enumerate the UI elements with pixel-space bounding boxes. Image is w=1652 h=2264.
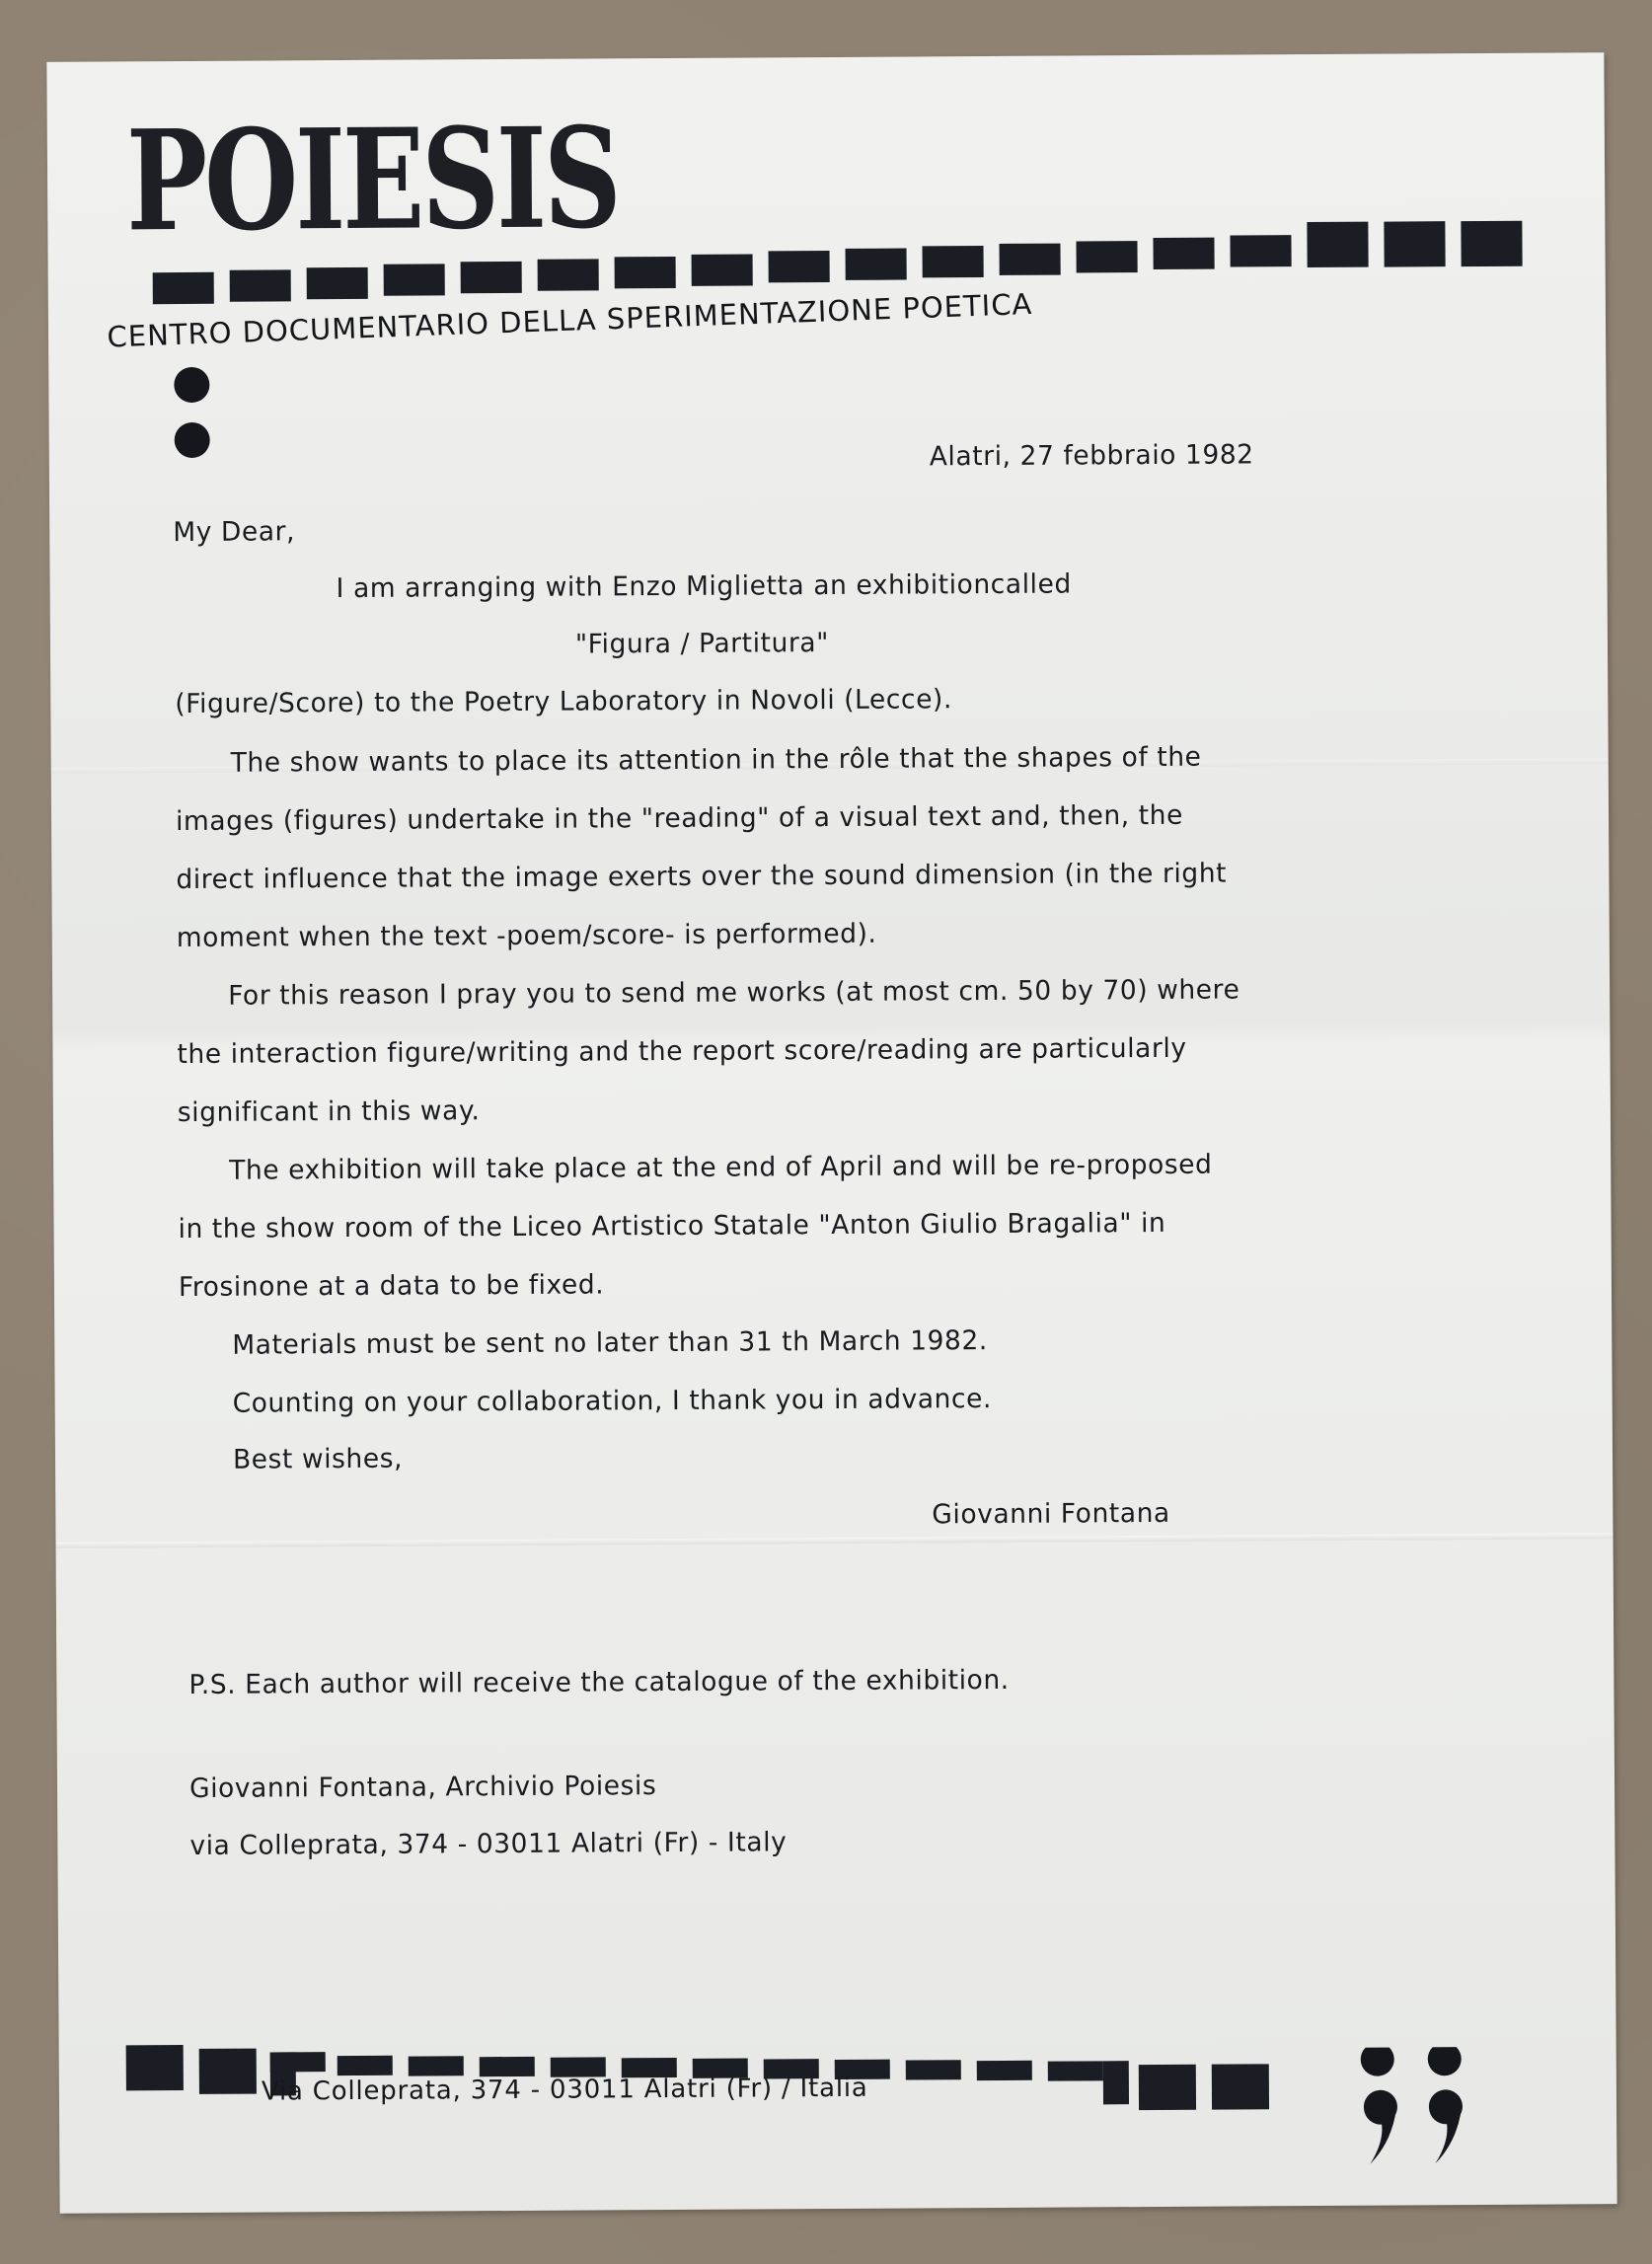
body-line: the interaction figure/writing and the r…	[177, 1033, 1186, 1070]
bar-block	[1384, 221, 1445, 266]
body-line: For this reason I pray you to send me wo…	[228, 974, 1239, 1011]
body-line: I am arranging with Enzo Miglietta an ex…	[337, 569, 1072, 605]
bar-block	[1307, 222, 1368, 267]
bar-block	[480, 2057, 535, 2076]
body-line: The exhibition will take place at the en…	[229, 1150, 1212, 1186]
postscript: P.S. Each author will receive the catalo…	[188, 1665, 1010, 1700]
bar-block	[846, 249, 907, 280]
bar-block	[307, 266, 368, 298]
bar-block	[977, 2061, 1032, 2080]
sender-name: Giovanni Fontana, Archivio Poiesis	[189, 1771, 656, 1804]
body-line: The show wants to place its attention in…	[231, 742, 1202, 779]
bar-block	[1153, 238, 1214, 269]
body-line: images (figures) undertake in the "readi…	[176, 800, 1183, 837]
footer-address: Via Colleprata, 374 - 03011 Alatri (Fr) …	[262, 2074, 868, 2107]
bar-block	[538, 259, 599, 290]
bar-block	[384, 264, 445, 296]
letter-sheet: POIESIS CENTRO DOCUMENTARIO DELLA SPERIM…	[46, 52, 1616, 2214]
salutation: My Dear,	[173, 516, 295, 548]
bar-block	[199, 2049, 257, 2094]
body-line: Frosinone at a data to be fixed.	[179, 1269, 604, 1303]
bar-block	[999, 243, 1060, 274]
closing: Best wishes,	[233, 1444, 403, 1475]
body-line: (Figure/Score) to the Poetry Laboratory …	[175, 684, 952, 719]
double-semicolon-icon	[1360, 2047, 1479, 2166]
sender-address: via Colleprata, 374 - 03011 Alatri (Fr) …	[189, 1827, 787, 1861]
bar-block	[230, 269, 291, 301]
bar-block	[769, 251, 830, 282]
bar-block	[615, 257, 676, 288]
bar-block	[1139, 2065, 1196, 2110]
colon-icon	[174, 367, 210, 478]
bar-block	[1076, 241, 1137, 272]
body-line: moment when the text -poem/score- is per…	[177, 919, 877, 953]
bar-block	[923, 246, 984, 277]
bar-block	[461, 262, 522, 293]
bar-block	[1230, 235, 1291, 266]
paper-fold	[56, 1533, 1614, 1548]
dot	[175, 422, 210, 458]
bar-block	[126, 2045, 184, 2090]
bar-block	[1103, 2061, 1129, 2104]
body-line: in the show room of the Liceo Artistico …	[178, 1208, 1165, 1245]
bar-block	[1212, 2064, 1269, 2109]
bar-block	[338, 2056, 393, 2075]
header-block-bar	[152, 220, 1563, 288]
bar-block	[409, 2056, 464, 2075]
bar-block	[692, 254, 753, 285]
bar-block	[906, 2060, 961, 2079]
body-line: Materials must be sent no later than 31 …	[232, 1325, 988, 1361]
exhibition-title: "Figura / Partitura"	[575, 628, 829, 660]
body-line: direct influence that the image exerts o…	[176, 859, 1227, 896]
bar-block	[1048, 2061, 1103, 2080]
bar-block	[153, 272, 214, 304]
signature: Giovanni Fontana	[932, 1498, 1170, 1530]
body-line: Counting on your collaboration, I thank …	[233, 1384, 992, 1419]
bar-block	[1461, 221, 1522, 266]
dot	[174, 367, 209, 403]
body-line: significant in this way.	[178, 1095, 481, 1128]
place-date: Alatri, 27 febbraio 1982	[930, 439, 1254, 472]
